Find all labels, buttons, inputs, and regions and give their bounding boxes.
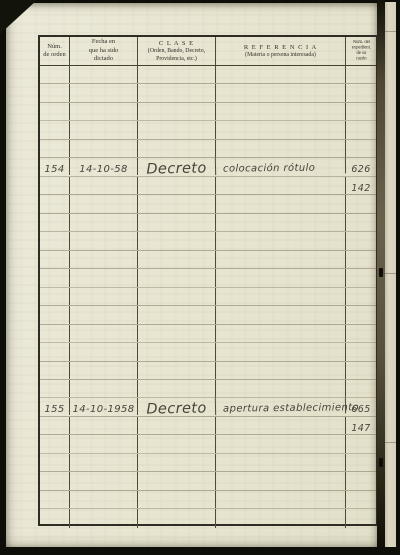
empty-cell xyxy=(138,121,216,138)
empty-cell xyxy=(70,195,138,212)
empty-cell xyxy=(138,84,216,101)
empty-cell xyxy=(70,269,138,286)
empty-cell xyxy=(346,491,376,508)
empty-cell xyxy=(138,380,216,397)
empty-cell xyxy=(40,491,70,508)
empty-cell xyxy=(70,325,138,342)
table-row: 15414-10-58Decretocolocación rótulo626 xyxy=(40,158,376,176)
column-header-label: C L A S E xyxy=(159,39,194,48)
empty-cell xyxy=(346,232,376,249)
empty-cell xyxy=(70,380,138,397)
empty-cell xyxy=(40,417,70,434)
empty-cell xyxy=(346,121,376,138)
empty-cell xyxy=(40,103,70,120)
empty-cell xyxy=(216,140,346,157)
empty-cell xyxy=(138,472,216,489)
column-header-sublabel: (Orden, Bando, Decreto, Providencia, etc… xyxy=(148,48,205,62)
handwritten-referencia: apertura establecimiento xyxy=(216,398,346,416)
empty-cell xyxy=(346,103,376,120)
empty-cell xyxy=(346,288,376,305)
empty-cell xyxy=(346,454,376,471)
empty-cell xyxy=(70,509,138,527)
empty-cell xyxy=(216,343,346,360)
empty-cell xyxy=(346,269,376,286)
empty-cell xyxy=(40,66,70,83)
table-body: 15414-10-58Decretocolocación rótulo62614… xyxy=(40,66,376,528)
empty-cell xyxy=(346,251,376,268)
table-row xyxy=(40,251,376,269)
empty-cell xyxy=(216,472,346,489)
table-row xyxy=(40,325,376,343)
empty-cell xyxy=(70,491,138,508)
empty-cell xyxy=(346,472,376,489)
handwritten-clase: Decreto xyxy=(138,398,216,418)
table-row xyxy=(40,435,376,453)
empty-cell xyxy=(70,232,138,249)
empty-cell xyxy=(216,362,346,379)
empty-cell xyxy=(138,251,216,268)
empty-cell xyxy=(70,66,138,83)
empty-cell xyxy=(40,195,70,212)
empty-cell xyxy=(138,66,216,83)
empty-cell xyxy=(138,509,216,527)
empty-cell xyxy=(216,232,346,249)
empty-cell xyxy=(40,362,70,379)
empty-cell xyxy=(138,195,216,212)
empty-cell xyxy=(216,380,346,397)
next-page-rule-mark xyxy=(385,273,396,274)
scan-background: { "page": { "type": "scanned ledger regi… xyxy=(0,0,400,555)
handwritten-fecha: 14-10-58 xyxy=(70,158,138,174)
table-row xyxy=(40,269,376,287)
empty-cell xyxy=(346,362,376,379)
page-binding-gutter xyxy=(377,0,385,547)
empty-cell xyxy=(70,472,138,489)
table-row xyxy=(40,491,376,509)
empty-cell xyxy=(216,195,346,212)
empty-cell xyxy=(216,288,346,305)
empty-cell xyxy=(346,380,376,397)
next-page-edge xyxy=(385,2,396,547)
handwritten-exp: 142 xyxy=(346,177,376,193)
table-row xyxy=(40,306,376,324)
empty-cell xyxy=(216,214,346,231)
empty-cell xyxy=(70,306,138,323)
empty-cell xyxy=(138,177,216,194)
handwritten-exp: 147 xyxy=(346,417,376,433)
empty-cell xyxy=(70,435,138,452)
table-row xyxy=(40,288,376,306)
column-header-clase: C L A S E (Orden, Bando, Decreto, Provid… xyxy=(138,37,216,65)
empty-cell xyxy=(216,84,346,101)
table-row: 142 xyxy=(40,177,376,195)
empty-cell xyxy=(70,343,138,360)
table-row xyxy=(40,343,376,361)
empty-cell xyxy=(216,435,346,452)
empty-cell xyxy=(138,417,216,434)
empty-cell xyxy=(138,140,216,157)
empty-cell xyxy=(70,177,138,194)
empty-cell xyxy=(40,177,70,194)
register-table: Núm. de orden Fecha en que ha sido dicta… xyxy=(38,35,378,526)
empty-cell xyxy=(40,140,70,157)
empty-cell xyxy=(40,454,70,471)
handwritten-referencia: colocación rótulo xyxy=(216,158,346,176)
column-header-fecha: Fecha en que ha sido dictado xyxy=(70,37,138,65)
empty-cell xyxy=(70,417,138,434)
empty-cell xyxy=(216,121,346,138)
table-row xyxy=(40,195,376,213)
column-header-label: Fecha en que ha sido dictado xyxy=(89,38,119,63)
table-row xyxy=(40,121,376,139)
empty-cell xyxy=(40,251,70,268)
empty-cell xyxy=(138,343,216,360)
empty-cell xyxy=(216,269,346,286)
empty-cell xyxy=(346,343,376,360)
empty-cell xyxy=(138,306,216,323)
empty-cell xyxy=(216,417,346,434)
empty-cell xyxy=(40,306,70,323)
empty-cell xyxy=(346,140,376,157)
table-row xyxy=(40,232,376,250)
empty-cell xyxy=(40,232,70,249)
table-row xyxy=(40,66,376,84)
empty-cell xyxy=(40,214,70,231)
table-row xyxy=(40,454,376,472)
empty-cell xyxy=(70,121,138,138)
empty-cell xyxy=(40,325,70,342)
column-header-num-orden: Núm. de orden xyxy=(40,37,70,65)
empty-cell xyxy=(40,380,70,397)
empty-cell xyxy=(40,509,70,527)
empty-cell xyxy=(346,195,376,212)
table-row xyxy=(40,472,376,490)
table-row: 147 xyxy=(40,417,376,435)
empty-cell xyxy=(40,435,70,452)
handwritten-clase: Decreto xyxy=(138,158,216,178)
handwritten-num: 154 xyxy=(40,158,70,174)
table-row: 15514-10-1958Decretoapertura establecimi… xyxy=(40,398,376,416)
empty-cell xyxy=(70,251,138,268)
table-row xyxy=(40,214,376,232)
column-header-expediente: Núm. del expedient. de su razón xyxy=(346,37,376,65)
empty-cell xyxy=(346,214,376,231)
empty-cell xyxy=(138,362,216,379)
table-row xyxy=(40,103,376,121)
empty-cell xyxy=(216,454,346,471)
empty-cell xyxy=(70,288,138,305)
empty-cell xyxy=(216,509,346,527)
binding-stitch xyxy=(379,458,383,467)
column-header-sublabel: (Materia o persona interesada) xyxy=(245,52,316,59)
empty-cell xyxy=(216,306,346,323)
ledger-paper: Núm. de orden Fecha en que ha sido dicta… xyxy=(6,3,377,547)
empty-cell xyxy=(346,84,376,101)
column-header-label: Núm. de orden xyxy=(43,43,66,60)
empty-cell xyxy=(216,66,346,83)
empty-cell xyxy=(216,325,346,342)
empty-cell xyxy=(70,103,138,120)
empty-cell xyxy=(138,269,216,286)
empty-cell xyxy=(138,454,216,471)
column-header-label: R E F E R E N C I A xyxy=(244,43,317,52)
empty-cell xyxy=(70,454,138,471)
empty-cell xyxy=(70,84,138,101)
empty-cell xyxy=(138,103,216,120)
empty-cell xyxy=(70,214,138,231)
empty-cell xyxy=(138,325,216,342)
column-header-label: Núm. del expedient. de su razón xyxy=(351,40,370,61)
empty-cell xyxy=(216,491,346,508)
empty-cell xyxy=(346,509,376,527)
empty-cell xyxy=(138,491,216,508)
empty-cell xyxy=(216,177,346,194)
empty-cell xyxy=(138,232,216,249)
next-page-rule-mark xyxy=(385,31,396,32)
empty-cell xyxy=(346,435,376,452)
table-row xyxy=(40,362,376,380)
handwritten-num: 155 xyxy=(40,398,70,414)
table-row xyxy=(40,140,376,158)
table-row xyxy=(40,84,376,102)
empty-cell xyxy=(40,269,70,286)
empty-cell xyxy=(216,251,346,268)
handwritten-exp: 626 xyxy=(346,158,376,174)
table-row xyxy=(40,509,376,527)
table-row xyxy=(40,380,376,398)
empty-cell xyxy=(346,306,376,323)
next-page-rule-mark xyxy=(385,442,396,443)
empty-cell xyxy=(216,103,346,120)
empty-cell xyxy=(346,325,376,342)
table-header-row: Núm. de orden Fecha en que ha sido dicta… xyxy=(40,37,376,66)
empty-cell xyxy=(70,140,138,157)
empty-cell xyxy=(40,343,70,360)
empty-cell xyxy=(40,472,70,489)
empty-cell xyxy=(346,66,376,83)
handwritten-fecha: 14-10-1958 xyxy=(70,398,138,414)
column-header-referencia: R E F E R E N C I A (Materia o persona i… xyxy=(216,37,346,65)
binding-stitch xyxy=(379,268,383,277)
empty-cell xyxy=(40,84,70,101)
empty-cell xyxy=(40,121,70,138)
empty-cell xyxy=(70,362,138,379)
empty-cell xyxy=(138,214,216,231)
empty-cell xyxy=(138,288,216,305)
empty-cell xyxy=(138,435,216,452)
empty-cell xyxy=(40,288,70,305)
